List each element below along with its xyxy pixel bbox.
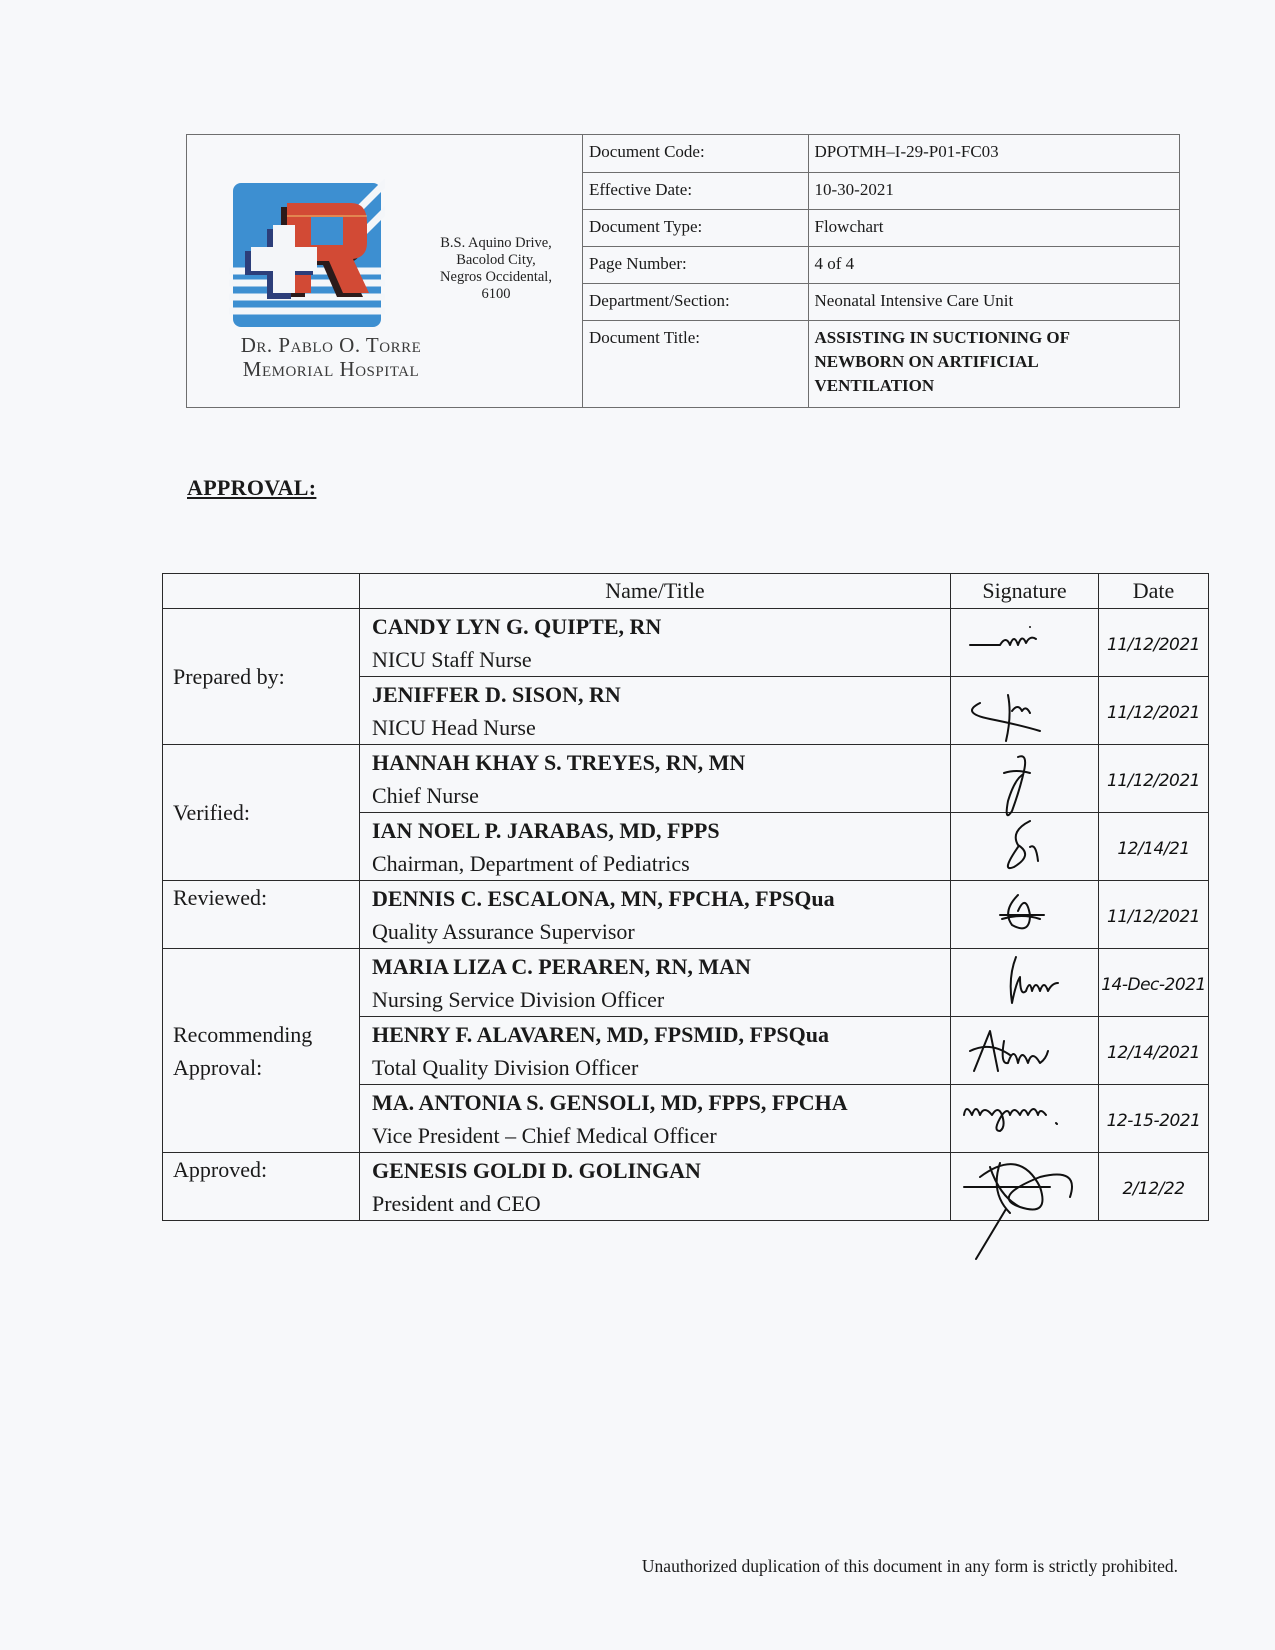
signatory-name: CANDY LYN G. QUIPTE, RN bbox=[372, 610, 950, 643]
handwritten-signature-icon bbox=[960, 1089, 1090, 1149]
signatory-name-title: JENIFFER D. SISON, RN NICU Head Nurse bbox=[360, 677, 951, 745]
signatory-name: MARIA LIZA C. PERAREN, RN, MAN bbox=[372, 950, 950, 983]
handwritten-signature-icon bbox=[960, 817, 1090, 877]
signatory-title: Chairman, Department of Pediatrics bbox=[372, 847, 950, 880]
effective-date-label: Effective Date: bbox=[583, 172, 808, 209]
signature-date-cell: 11/12/2021 bbox=[1099, 881, 1209, 949]
column-header-signature: Signature bbox=[951, 574, 1099, 609]
approval-role-label: Approved: bbox=[173, 1153, 359, 1186]
approval-table: Name/Title Signature Date Prepared by:CA… bbox=[162, 573, 1209, 1221]
signature-cell bbox=[951, 1017, 1099, 1085]
signature-date-cell: 2/12/22 bbox=[1099, 1153, 1209, 1221]
signatory-name-title: MARIA LIZA C. PERAREN, RN, MAN Nursing S… bbox=[360, 949, 951, 1017]
approval-role-cell: RecommendingApproval: bbox=[163, 949, 360, 1153]
signature-date-cell: 12-15-2021 bbox=[1099, 1085, 1209, 1153]
signatory-name-title: HENRY F. ALAVAREN, MD, FPSMID, FPSQua To… bbox=[360, 1017, 951, 1085]
title-line: ASSISTING IN SUCTIONING OF bbox=[815, 326, 1174, 350]
handwritten-signature-icon bbox=[960, 1157, 1090, 1217]
handwritten-signature-icon bbox=[960, 749, 1090, 809]
signatory-title: NICU Head Nurse bbox=[372, 711, 950, 744]
signatory-name: HENRY F. ALAVAREN, MD, FPSMID, FPSQua bbox=[372, 1018, 950, 1051]
signatory-name-title: DENNIS C. ESCALONA, MN, FPCHA, FPSQua Qu… bbox=[360, 881, 951, 949]
signatory-title: Vice President – Chief Medical Officer bbox=[372, 1119, 950, 1152]
signatory-name-title: MA. ANTONIA S. GENSOLI, MD, FPPS, FPCHA … bbox=[360, 1085, 951, 1153]
approval-row: Verified:HANNAH KHAY S. TREYES, RN, MN C… bbox=[163, 745, 1209, 813]
signature-date: 12/14/21 bbox=[1117, 839, 1189, 859]
signature-date: 11/12/2021 bbox=[1107, 703, 1200, 723]
signature-date-cell: 12/14/2021 bbox=[1099, 1017, 1209, 1085]
approval-role-label: Reviewed: bbox=[173, 881, 359, 914]
document-header: Dr. Pablo O. Torre Memorial Hospital B.S… bbox=[186, 134, 1180, 408]
page-number-label: Page Number: bbox=[583, 246, 808, 283]
signature-cell bbox=[951, 609, 1099, 677]
signatory-title: Total Quality Division Officer bbox=[372, 1051, 950, 1084]
signatory-title: President and CEO bbox=[372, 1187, 950, 1220]
signatory-name: GENESIS GOLDI D. GOLINGAN bbox=[372, 1154, 950, 1187]
column-header-name-title: Name/Title bbox=[360, 574, 951, 609]
signatory-title: Quality Assurance Supervisor bbox=[372, 915, 950, 948]
signature-date: 14-Dec-2021 bbox=[1101, 975, 1206, 995]
handwritten-signature-icon bbox=[960, 613, 1090, 673]
approval-role-label: Prepared by: bbox=[173, 660, 359, 693]
address-line: 6100 bbox=[421, 286, 571, 303]
signature-cell bbox=[951, 1085, 1099, 1153]
handwritten-signature-icon bbox=[960, 681, 1090, 741]
signatory-title: Nursing Service Division Officer bbox=[372, 983, 950, 1016]
signature-date: 11/12/2021 bbox=[1107, 635, 1200, 655]
approval-role-label: Approval: bbox=[173, 1051, 359, 1084]
signature-cell bbox=[951, 949, 1099, 1017]
signatory-name: DENNIS C. ESCALONA, MN, FPCHA, FPSQua bbox=[372, 882, 950, 915]
signature-cell bbox=[951, 745, 1099, 813]
hospital-name-line-1: Dr. Pablo O. Torre bbox=[195, 333, 467, 357]
signature-date: 11/12/2021 bbox=[1107, 771, 1200, 791]
hospital-name-line-2: Memorial Hospital bbox=[195, 357, 467, 381]
signature-date-cell: 11/12/2021 bbox=[1099, 677, 1209, 745]
signature-date-cell: 12/14/21 bbox=[1099, 813, 1209, 881]
signatory-name-title: GENESIS GOLDI D. GOLINGAN President and … bbox=[360, 1153, 951, 1221]
signatory-name: IAN NOEL P. JARABAS, MD, FPPS bbox=[372, 814, 950, 847]
signature-date: 12-15-2021 bbox=[1107, 1111, 1201, 1131]
signature-date: 12/14/2021 bbox=[1107, 1043, 1200, 1063]
approval-role-cell: Verified: bbox=[163, 745, 360, 881]
page-number-value: 4 of 4 bbox=[808, 246, 1179, 283]
title-line: NEWBORN ON ARTIFICIAL bbox=[815, 350, 1174, 374]
signatory-title: NICU Staff Nurse bbox=[372, 643, 950, 676]
title-line: VENTILATION bbox=[815, 374, 1174, 398]
approval-row: Prepared by:CANDY LYN G. QUIPTE, RN NICU… bbox=[163, 609, 1209, 677]
address-line: B.S. Aquino Drive, bbox=[421, 235, 571, 252]
logo-cell: Dr. Pablo O. Torre Memorial Hospital B.S… bbox=[187, 135, 583, 407]
handwritten-signature-icon bbox=[960, 953, 1090, 1013]
document-code-label: Document Code: bbox=[583, 135, 808, 172]
signature-date-cell: 11/12/2021 bbox=[1099, 609, 1209, 677]
approval-role-cell: Reviewed: bbox=[163, 881, 360, 949]
signature-cell bbox=[951, 1153, 1099, 1221]
document-type-label: Document Type: bbox=[583, 209, 808, 246]
handwritten-signature-icon bbox=[960, 885, 1090, 945]
department-label: Department/Section: bbox=[583, 283, 808, 320]
document-type-value: Flowchart bbox=[808, 209, 1179, 246]
signatory-name: JENIFFER D. SISON, RN bbox=[372, 678, 950, 711]
document-title-value: ASSISTING IN SUCTIONING OF NEWBORN ON AR… bbox=[808, 320, 1179, 407]
department-value: Neonatal Intensive Care Unit bbox=[808, 283, 1179, 320]
signature-date: 11/12/2021 bbox=[1107, 907, 1200, 927]
approval-role-label: Verified: bbox=[173, 796, 359, 829]
address-line: Bacolod City, bbox=[421, 252, 571, 269]
hospital-name: Dr. Pablo O. Torre Memorial Hospital bbox=[195, 333, 467, 381]
hospital-address: B.S. Aquino Drive, Bacolod City, Negros … bbox=[421, 235, 571, 303]
document-code-value: DPOTMH–I-29-P01-FC03 bbox=[808, 135, 1179, 172]
approval-role-cell: Approved: bbox=[163, 1153, 360, 1221]
approval-heading: APPROVAL: bbox=[187, 475, 316, 501]
signatory-name: HANNAH KHAY S. TREYES, RN, MN bbox=[372, 746, 950, 779]
signature-cell bbox=[951, 881, 1099, 949]
signatory-name-title: CANDY LYN G. QUIPTE, RN NICU Staff Nurse bbox=[360, 609, 951, 677]
signature-cell bbox=[951, 813, 1099, 881]
hospital-logo-icon bbox=[229, 179, 385, 331]
approval-row: RecommendingApproval:MARIA LIZA C. PERAR… bbox=[163, 949, 1209, 1017]
signature-date-cell: 14-Dec-2021 bbox=[1099, 949, 1209, 1017]
column-header-date: Date bbox=[1099, 574, 1209, 609]
document-title-label: Document Title: bbox=[583, 320, 808, 407]
signatory-name-title: HANNAH KHAY S. TREYES, RN, MN Chief Nurs… bbox=[360, 745, 951, 813]
document-info-table: Document Code:DPOTMH–I-29-P01-FC03 Effec… bbox=[583, 135, 1179, 407]
footer-notice: Unauthorized duplication of this documen… bbox=[642, 1556, 1178, 1577]
signature-date-cell: 11/12/2021 bbox=[1099, 745, 1209, 813]
effective-date-value: 10-30-2021 bbox=[808, 172, 1179, 209]
handwritten-signature-icon bbox=[960, 1021, 1090, 1081]
approval-role-label: Recommending bbox=[173, 1018, 359, 1051]
approval-row: Reviewed:DENNIS C. ESCALONA, MN, FPCHA, … bbox=[163, 881, 1209, 949]
signatory-name: MA. ANTONIA S. GENSOLI, MD, FPPS, FPCHA bbox=[372, 1086, 950, 1119]
approval-role-cell: Prepared by: bbox=[163, 609, 360, 745]
column-header-role bbox=[163, 574, 360, 609]
signature-cell bbox=[951, 677, 1099, 745]
signatory-title: Chief Nurse bbox=[372, 779, 950, 812]
signatory-name-title: IAN NOEL P. JARABAS, MD, FPPS Chairman, … bbox=[360, 813, 951, 881]
signature-date: 2/12/22 bbox=[1122, 1179, 1184, 1199]
approval-row: Approved:GENESIS GOLDI D. GOLINGAN Presi… bbox=[163, 1153, 1209, 1221]
address-line: Negros Occidental, bbox=[421, 269, 571, 286]
approval-table-header: Name/Title Signature Date bbox=[163, 574, 1209, 609]
